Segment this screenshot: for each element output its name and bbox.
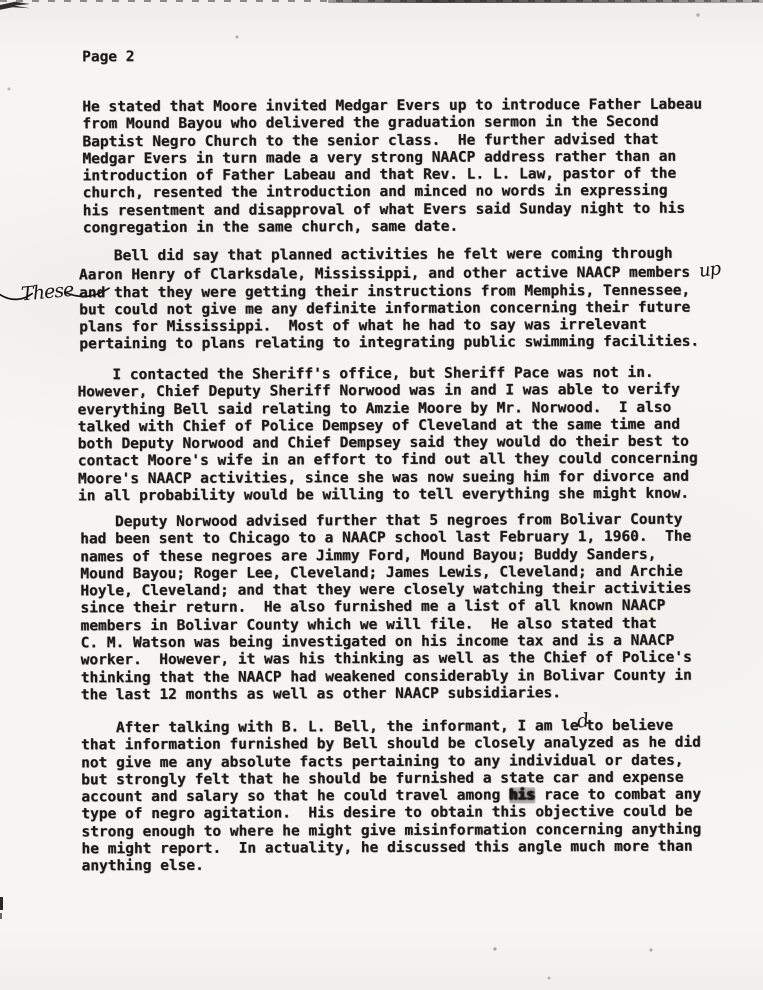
- typed-text: Aaron Henry of Clarksdale, Mississippi, …: [79, 265, 699, 284]
- paragraphs-container: He stated that Moore invited Medgar Ever…: [0, 0, 761, 2]
- typed-text: account and salary so that he could trav…: [81, 788, 509, 806]
- paragraph-1: He stated that Moore invited Medgar Ever…: [82, 97, 702, 238]
- text-line: his resentment and disapproval of what E…: [83, 200, 703, 220]
- text-line: However, Chief Deputy Sheriff Norwood wa…: [78, 382, 698, 402]
- typed-text: to believe: [586, 718, 673, 734]
- text-line: worker. However, it was his thinking as …: [81, 650, 692, 670]
- handwritten-insertion: d: [576, 712, 589, 731]
- document-scan: Page 2 He stated that Moore invited Medg…: [0, 0, 763, 990]
- paragraph-5: After talking with B. L. Bell, the infor…: [81, 716, 702, 876]
- text-line: the last 12 months as well as other NAAC…: [81, 685, 692, 705]
- text-line: that information furnished by Bell shoul…: [81, 735, 701, 755]
- document-body: Page 2 He stated that Moore invited Medg…: [0, 0, 763, 990]
- margin-note-text: These: [20, 279, 75, 306]
- page-number-label: Page 2: [82, 49, 134, 66]
- paragraph-3: I contacted the Sheriff's office, but Sh…: [77, 365, 697, 506]
- paragraph-2: Bell did say that planned activities he …: [79, 246, 720, 355]
- overstruck-word: his: [509, 788, 535, 804]
- text-line: congregation in the same church, same da…: [83, 218, 703, 238]
- handwritten-insertion: up: [698, 261, 721, 281]
- text-line: in all probability would be willing to t…: [78, 486, 698, 506]
- text-line: pertaining to plans relating to integrat…: [79, 334, 720, 354]
- text-line: Aaron Henry of Clarksdale, Mississippi, …: [79, 263, 720, 285]
- text-line: had been sent to Chicago to a NAACP scho…: [80, 529, 691, 549]
- text-line: he might report. In actuality, he discus…: [82, 839, 702, 859]
- typed-text: After talking with B. L. Bell, the infor…: [81, 718, 579, 736]
- paragraph-4: Deputy Norwood advised further that 5 ne…: [80, 512, 692, 705]
- handwritten-margin-note: These: [0, 271, 111, 307]
- text-line: anything else.: [82, 856, 702, 876]
- typed-text: race to combat any: [535, 787, 701, 804]
- text-line: thinking that the NAACP had weakened con…: [81, 667, 692, 687]
- text-line: from Mound Bayou who delivered the gradu…: [82, 114, 702, 134]
